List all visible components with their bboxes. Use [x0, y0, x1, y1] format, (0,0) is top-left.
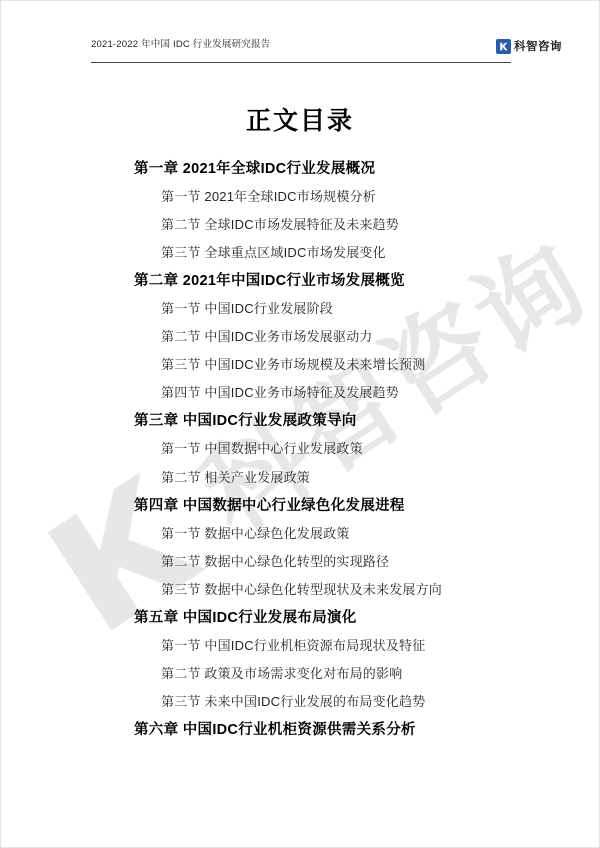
toc-section-5-3: 第三节 未来中国IDC行业发展的布局变化趋势: [134, 687, 539, 715]
toc-chapter-2: 第二章 2021年中国IDC行业市场发展概览: [134, 265, 539, 293]
toc-chapter-3: 第三章 中国IDC行业发展政策导向: [134, 406, 539, 434]
toc-chapter-1: 第一章 2021年全球IDC行业发展概况: [134, 153, 539, 181]
toc-section-2-2: 第二节 中国IDC业务市场发展驱动力: [134, 322, 539, 350]
brand-logo-icon: [496, 39, 511, 54]
page-header: 2021-2022 年中国 IDC 行业发展研究报告 科智咨询: [91, 37, 562, 53]
toc-section-4-2: 第二节 数据中心绿色化转型的实现路径: [134, 546, 539, 574]
toc-section-2-4: 第四节 中国IDC业务市场特征及发展趋势: [134, 378, 539, 406]
toc-chapter-4: 第四章 中国数据中心行业绿色化发展进程: [134, 490, 539, 518]
toc-section-4-1: 第一节 数据中心绿色化发展政策: [134, 518, 539, 546]
toc-section-4-3: 第三节 数据中心绿色化转型现状及未来发展方向: [134, 574, 539, 602]
table-of-contents: 第一章 2021年全球IDC行业发展概况 第一节 2021年全球IDC市场规模分…: [134, 153, 539, 743]
toc-section-5-1: 第一节 中国IDC行业机柜资源布局现状及特征: [134, 631, 539, 659]
brand-name: 科智咨询: [514, 38, 562, 54]
header-report-title: 2021-2022 年中国 IDC 行业发展研究报告: [91, 37, 562, 53]
toc-section-1-3: 第三节 全球重点区域IDC市场发展变化: [134, 237, 539, 265]
header-divider: [91, 62, 511, 63]
toc-chapter-6: 第六章 中国IDC行业机柜资源供需关系分析: [134, 715, 539, 743]
toc-section-2-3: 第三节 中国IDC业务市场规模及未来增长预测: [134, 350, 539, 378]
brand-logo: 科智咨询: [496, 38, 562, 54]
toc-section-1-2: 第二节 全球IDC市场发展特征及未来趋势: [134, 209, 539, 237]
toc-chapter-5: 第五章 中国IDC行业发展布局演化: [134, 603, 539, 631]
toc-section-5-2: 第二节 政策及市场需求变化对布局的影响: [134, 659, 539, 687]
toc-section-3-2: 第二节 相关产业发展政策: [134, 462, 539, 490]
toc-section-2-1: 第一节 中国IDC行业发展阶段: [134, 293, 539, 321]
report-page: 科智咨询 2021-2022 年中国 IDC 行业发展研究报告 科智咨询 正文目…: [0, 0, 600, 848]
page-title: 正文目录: [1, 101, 599, 137]
toc-section-1-1: 第一节 2021年全球IDC市场规模分析: [134, 181, 539, 209]
toc-section-3-1: 第一节 中国数据中心行业发展政策: [134, 434, 539, 462]
